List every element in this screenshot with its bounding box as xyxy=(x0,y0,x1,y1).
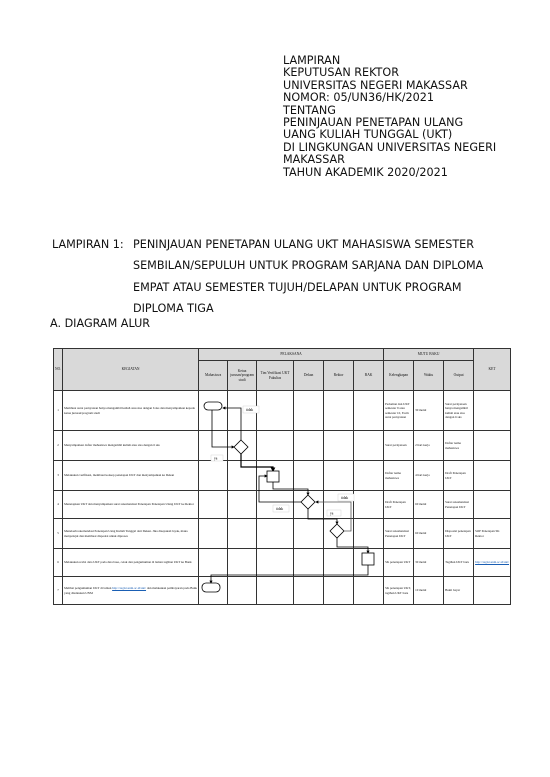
header-mahasiswa: Mahasiswa xyxy=(199,361,228,391)
row-no: 5 xyxy=(54,519,63,549)
row-ket xyxy=(474,431,511,461)
row-waktu: 60 menit xyxy=(414,519,444,549)
row-no: 7 xyxy=(54,577,63,605)
row-kelengkapan: Daftar nama mahasiswa xyxy=(384,461,414,491)
table-row: 2 Menyampaikan daftar mahasiswa mengambi… xyxy=(54,431,511,461)
row-kegiatan: Melakukan revisi data UKT pada data base… xyxy=(63,549,199,577)
row-output: Disposisi penetapan UKT xyxy=(444,519,474,549)
flow-diagram-table: NO. KEGIATAN PELAKSANA MUTU BAKU KET Mah… xyxy=(53,348,511,605)
row-kelengkapan: Surat pernyataan xyxy=(384,431,414,461)
row-kelengkapan: SK penetapan UKT xyxy=(384,549,414,577)
header-line: KEPUTUSAN REKTOR xyxy=(283,67,496,79)
header-line: MAKASSAR xyxy=(283,154,496,166)
row-kegiatan: Menelaah rekomendasi Penetapan Uang Kuli… xyxy=(63,519,199,549)
row-waktu: 4 hari kerja xyxy=(414,461,444,491)
header-tim-verifikasi: Tim Verifikasi UKT Fakultas xyxy=(257,361,294,391)
row-ket: SOP Penetapan SK Rektor xyxy=(474,519,511,549)
row-output: Daftar nama mahasiswa xyxy=(444,431,474,461)
row-kegiatan: Menetapkan UKT dan menyampaikan surat re… xyxy=(63,491,199,519)
lampiran-label: LAMPIRAN 1: xyxy=(52,234,124,255)
table-row: 3 Melakukan verifikasi, membuat konsep p… xyxy=(54,461,511,491)
header-kegiatan: KEGIATAN xyxy=(63,349,199,391)
row-no: 3 xyxy=(54,461,63,491)
row-output: Tagihan UKT baru xyxy=(444,549,474,577)
row-kelengkapan: Surat rekomendasi Penetapan UKT xyxy=(384,519,414,549)
kegiatan-link[interactable]: http://regist.unm.ac.id/ukt/ xyxy=(112,586,146,590)
row-ket xyxy=(474,461,511,491)
lampiran-line: SEMBILAN/SEPULUH UNTUK PROGRAM SARJANA D… xyxy=(133,255,513,276)
row-ket xyxy=(474,491,511,519)
row-no: 2 xyxy=(54,431,63,461)
row-no: 1 xyxy=(54,391,63,431)
header-mutu-baku: MUTU BAKU xyxy=(384,349,474,361)
row-ket xyxy=(474,391,511,431)
lampiran-line: DIPLOMA TIGA xyxy=(133,298,513,319)
row-kelengkapan: SK penetapan UKT, tagihan UKT baru xyxy=(384,577,414,605)
kegiatan-text: Melihat pengumuman UKT di laman http://r… xyxy=(64,586,197,594)
row-output: Draft Penetapan UKT xyxy=(444,461,474,491)
header-pelaksana: PELAKSANA xyxy=(199,349,384,361)
header-dekan: Dekan xyxy=(294,361,324,391)
header-waktu: Waktu xyxy=(414,361,444,391)
header-line: TAHUN AKADEMIK 2020/2021 xyxy=(283,167,496,179)
row-kegiatan: Melihat pengumuman UKT di laman http://r… xyxy=(63,577,199,605)
table-row: 4 Menetapkan UKT dan menyampaikan surat … xyxy=(54,491,511,519)
row-output: Surat pernyataan hanya mengambil kuliah … xyxy=(444,391,474,431)
header-bak: BAK xyxy=(354,361,384,391)
table-row: 1 Membuat surat pernyataan hanya mengamb… xyxy=(54,391,511,431)
row-waktu: 30 menit xyxy=(414,549,444,577)
row-kelengkapan: Pedoman dan UKT semester 9 atau semester… xyxy=(384,391,414,431)
row-waktu: 60 menit xyxy=(414,491,444,519)
row-output: Bukti bayar xyxy=(444,577,474,605)
row-waktu: 10 menit xyxy=(414,577,444,605)
row-ket xyxy=(474,577,511,605)
header-ket: KET xyxy=(474,349,511,391)
row-waktu: 30 menit xyxy=(414,391,444,431)
header-line: NOMOR: 05/UN36/HK/2021 xyxy=(283,92,496,104)
header-rektor: Rektor xyxy=(324,361,354,391)
row-no: 4 xyxy=(54,491,63,519)
decree-header: LAMPIRAN KEPUTUSAN REKTOR UNIVERSITAS NE… xyxy=(283,55,496,179)
lampiran-line: EMPAT ATAU SEMESTER TUJUH/DELAPAN UNTUK … xyxy=(133,277,513,298)
table-row: 7 Melihat pengumuman UKT di laman http:/… xyxy=(54,577,511,605)
row-ket[interactable]: http://regist.unm.ac.id/ukt/ xyxy=(474,549,511,577)
header-line: UANG KULIAH TUNGGAL (UKT) xyxy=(283,129,496,141)
header-ketua-jurusan: Ketua jurusan/program studi xyxy=(228,361,257,391)
header-no: NO. xyxy=(54,349,63,391)
row-kelengkapan: Draft Penetapan UKT xyxy=(384,491,414,519)
table-row: 5 Menelaah rekomendasi Penetapan Uang Ku… xyxy=(54,519,511,549)
section-title: A. DIAGRAM ALUR xyxy=(50,317,150,330)
row-no: 6 xyxy=(54,549,63,577)
table-row: 6 Melakukan revisi data UKT pada data ba… xyxy=(54,549,511,577)
ukt-link[interactable]: http://regist.unm.ac.id/ukt/ xyxy=(475,560,509,564)
header-kelengkapan: Kelengkapan xyxy=(384,361,414,391)
lampiran-line: PENINJAUAN PENETAPAN ULANG UKT MAHASISWA… xyxy=(133,234,513,255)
row-kegiatan: Membuat surat pernyataan hanya mengambil… xyxy=(63,391,199,431)
row-kegiatan: Melakukan verifikasi, membuat konsep pen… xyxy=(63,461,199,491)
row-waktu: 2 hari kerja xyxy=(414,431,444,461)
row-kegiatan: Menyampaikan daftar mahasiswa mengambil … xyxy=(63,431,199,461)
row-output: Surat rekomendasi Penetapan UKT xyxy=(444,491,474,519)
header-output: Output xyxy=(444,361,474,391)
